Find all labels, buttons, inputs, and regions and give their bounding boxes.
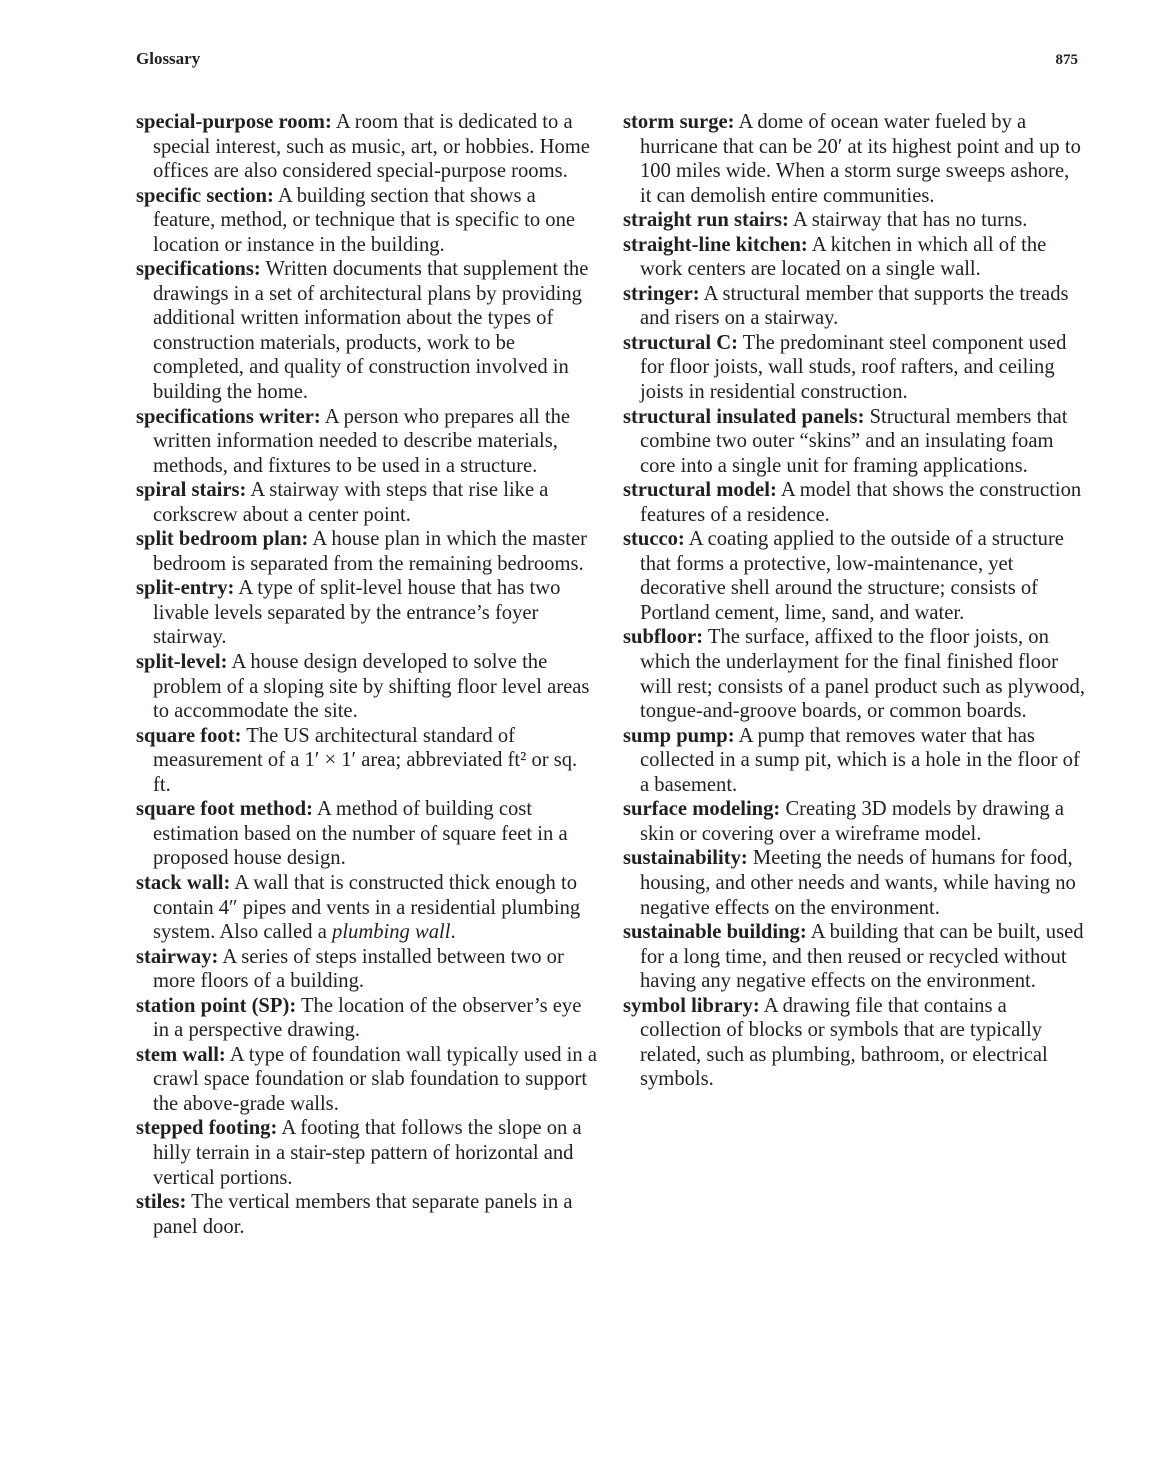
glossary-term: storm surge: (623, 111, 735, 133)
glossary-term: structural C: (623, 332, 738, 354)
glossary-term: stairway: (136, 946, 218, 968)
glossary-term: surface modeling: (623, 798, 780, 820)
glossary-entry: split-level: A house design developed to… (136, 650, 598, 724)
glossary-definition: A coating applied to the outside of a st… (640, 528, 1064, 624)
glossary-entry: stringer: A structural member that suppo… (623, 282, 1085, 331)
glossary-entry: structural C: The predominant steel comp… (623, 331, 1085, 405)
glossary-entry: sump pump: A pump that removes water tha… (623, 724, 1085, 798)
glossary-entry: sustainability: Meeting the needs of hum… (623, 846, 1085, 920)
glossary-term: sustainability: (623, 847, 748, 869)
glossary-entry: straight-line kitchen: A kitchen in whic… (623, 233, 1085, 282)
running-head-title: Glossary (136, 49, 200, 69)
glossary-entry: structural model: A model that shows the… (623, 478, 1085, 527)
glossary-entry: stairway: A series of steps installed be… (136, 945, 598, 994)
glossary-definition: A stairway that has no turns. (789, 209, 1028, 231)
glossary-term: symbol library: (623, 995, 760, 1017)
glossary-entry: split bedroom plan: A house plan in whic… (136, 527, 598, 576)
glossary-term: spiral stairs: (136, 479, 246, 501)
glossary-term: station point (SP): (136, 995, 296, 1017)
glossary-term: structural model: (623, 479, 777, 501)
glossary-italic-term: plumbing wall (332, 921, 450, 943)
glossary-term: stucco: (623, 528, 685, 550)
glossary-entry: stucco: A coating applied to the outside… (623, 527, 1085, 625)
glossary-term: stem wall: (136, 1044, 226, 1066)
glossary-term: structural insulated panels: (623, 406, 864, 428)
glossary-term: specifications writer: (136, 406, 321, 428)
glossary-term: split-level: (136, 651, 228, 673)
glossary-definition: The surface, affixed to the floor joists… (640, 626, 1085, 722)
glossary-entry: spiral stairs: A stairway with steps tha… (136, 478, 598, 527)
glossary-term: straight run stairs: (623, 209, 789, 231)
glossary-entry: subfloor: The surface, affixed to the fl… (623, 625, 1085, 723)
page-number: 875 (1056, 52, 1079, 69)
glossary-entry: square foot: The US architectural standa… (136, 724, 598, 798)
glossary-definition: The vertical members that separate panel… (153, 1191, 573, 1238)
glossary-term: subfloor: (623, 626, 703, 648)
glossary-entry: stiles: The vertical members that separa… (136, 1190, 598, 1239)
glossary-entry: storm surge: A dome of ocean water fuele… (623, 110, 1085, 208)
glossary-entry: square foot method: A method of building… (136, 797, 598, 871)
glossary-term: stringer: (623, 283, 700, 305)
glossary-entry: specifications writer: A person who prep… (136, 405, 598, 479)
glossary-column-right: storm surge: A dome of ocean water fuele… (623, 110, 1085, 1092)
glossary-entry: symbol library: A drawing file that cont… (623, 994, 1085, 1092)
glossary-entry: split-entry: A type of split-level house… (136, 576, 598, 650)
glossary-entry: structural insulated panels: Structural … (623, 405, 1085, 479)
glossary-definition-tail: . (450, 921, 455, 943)
glossary-entry: special-purpose room: A room that is ded… (136, 110, 598, 184)
glossary-term: straight-line kitchen: (623, 234, 808, 256)
glossary-term: specific section: (136, 185, 274, 207)
glossary-entry: surface modeling: Creating 3D models by … (623, 797, 1085, 846)
glossary-term: stack wall: (136, 872, 230, 894)
glossary-term: split-entry: (136, 577, 234, 599)
glossary-term: specifications: (136, 258, 261, 280)
glossary-entry: specifications: Written documents that s… (136, 257, 598, 404)
glossary-entry: stack wall: A wall that is constructed t… (136, 871, 598, 945)
glossary-entry: straight run stairs: A stairway that has… (623, 208, 1085, 233)
glossary-term: stepped footing: (136, 1117, 277, 1139)
glossary-entry: station point (SP): The location of the … (136, 994, 598, 1043)
glossary-entry: stepped footing: A footing that follows … (136, 1116, 598, 1190)
glossary-term: square foot method: (136, 798, 313, 820)
glossary-definition: A structural member that supports the tr… (640, 283, 1069, 330)
glossary-entry: stem wall: A type of foundation wall typ… (136, 1043, 598, 1117)
glossary-term: sustainable building: (623, 921, 807, 943)
glossary-term: split bedroom plan: (136, 528, 308, 550)
glossary-term: square foot: (136, 725, 241, 747)
glossary-entry: sustainable building: A building that ca… (623, 920, 1085, 994)
glossary-term: special-purpose room: (136, 111, 332, 133)
glossary-term: sump pump: (623, 725, 735, 747)
glossary-term: stiles: (136, 1191, 186, 1213)
glossary-column-left: special-purpose room: A room that is ded… (136, 110, 598, 1239)
glossary-entry: specific section: A building section tha… (136, 184, 598, 258)
